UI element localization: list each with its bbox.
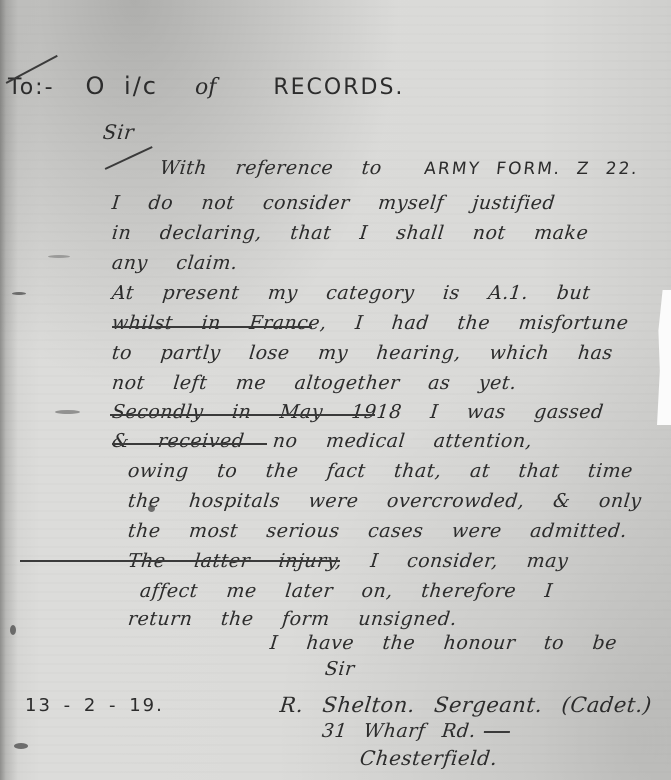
addressee-officer: O i/c: [86, 72, 158, 100]
body-line: whilst in France, I had the misfortune: [111, 312, 630, 334]
strikethrough-mark: [112, 326, 312, 328]
body-line: any claim.: [111, 252, 239, 274]
body-line: & received no medical attention,: [111, 430, 534, 452]
letter-page: To:- O i/c of RECORDS. Sir With referenc…: [0, 0, 671, 780]
salutation: Sir: [102, 120, 136, 144]
pen-dash: [484, 731, 510, 733]
body-line: the most serious cases were admitted.: [127, 520, 628, 542]
reference-text: With reference to: [159, 157, 383, 179]
reference-line: With reference to ARMY FORM. Z 22.: [159, 157, 640, 179]
margin-smudge: [10, 625, 16, 635]
addressee-department: RECORDS.: [273, 75, 404, 100]
margin-smudge: [55, 410, 80, 414]
body-line: Secondly in May 1918 I was gassed: [111, 401, 605, 423]
signature-address-street: 31 Wharf Rd.: [321, 720, 511, 742]
body-line: in declaring, that I shall not make: [111, 222, 590, 244]
strikethrough-mark: [110, 414, 375, 416]
closing-sir: Sir: [324, 658, 356, 680]
signature-address-town: Chesterfield.: [359, 746, 499, 770]
addressee-line: To:- O i/c of RECORDS.: [8, 72, 404, 100]
torn-page-edge: [657, 290, 671, 425]
body-line: owing to the fact that, at that time: [127, 460, 634, 482]
ink-blot: [148, 505, 155, 512]
closing-line: I have the honour to be: [269, 632, 618, 654]
signature-name: R. Shelton. Sergeant. (Cadet.): [279, 693, 653, 717]
street-text: 31 Wharf Rd.: [321, 720, 477, 742]
body-line: return the form unsigned.: [127, 608, 458, 630]
body-line: to partly lose my hearing, which has: [111, 342, 614, 364]
body-line: I do not consider myself justified: [111, 192, 557, 214]
body-line: affect me later on, therefore I: [139, 580, 554, 602]
letter-date: 13 - 2 - 19.: [25, 695, 164, 716]
margin-smudge: [14, 743, 28, 749]
margin-smudge: [12, 292, 26, 295]
salutation-underline: [105, 146, 153, 169]
strikethrough-mark: [112, 443, 267, 445]
addressee-of: of: [195, 75, 216, 100]
margin-smudge: [48, 255, 70, 258]
strikethrough-mark: [20, 560, 340, 562]
body-line: the hospitals were overcrowded, & only: [127, 490, 643, 512]
body-line: not left me altogether as yet.: [111, 372, 518, 394]
reference-form: ARMY FORM. Z 22.: [423, 159, 640, 179]
body-line: At present my category is A.1. but: [111, 282, 592, 304]
